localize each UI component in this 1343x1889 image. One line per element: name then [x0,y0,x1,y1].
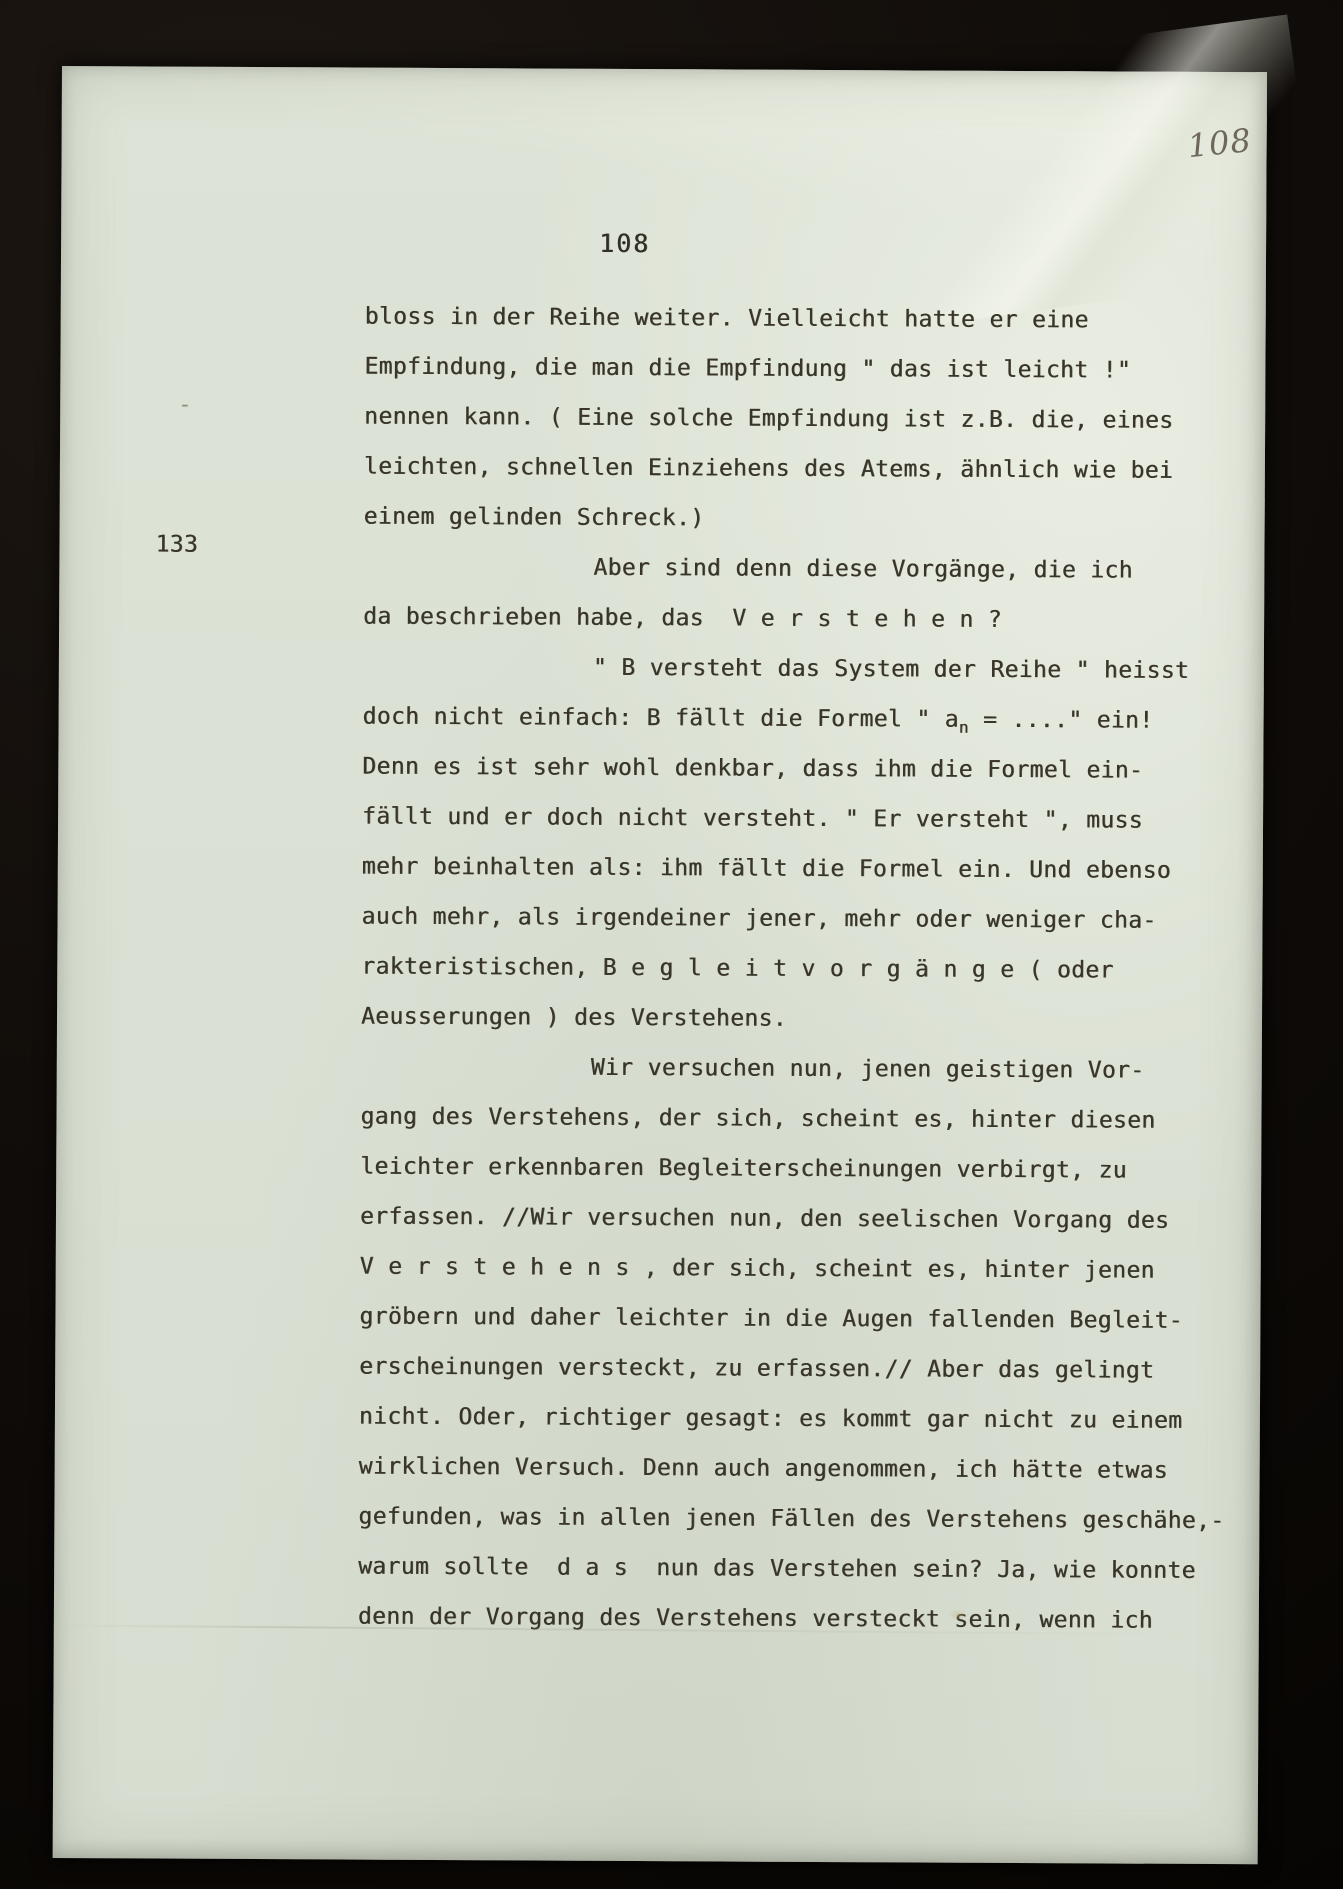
typescript-line: bloss in der Reihe weiter. Vielleicht ha… [365,292,1295,347]
typescript-line: nennen kann. ( Eine solche Empfindung is… [364,392,1294,447]
typescript-line: wirklichen Versuch. Denn auch angenommen… [359,1442,1289,1497]
formula-subscript: n [959,718,969,737]
typescript-line: einem gelinden Schreck.) [364,492,1294,547]
typescript-line: denn der Vorgang des Verstehens versteck… [358,1592,1288,1647]
typescript-line: da beschrieben habe, das V e r s t e h e… [363,592,1293,647]
typescript-page: 108 108 - 133 bloss in der Reihe weiter.… [53,66,1267,1864]
typescript-body: bloss in der Reihe weiter. Vielleicht ha… [358,292,1295,1647]
typescript-line: V e r s t e h e n s , der sich, scheint … [360,1242,1290,1297]
margin-dash-mark: - [178,393,191,418]
typescript-line: gang des Verstehens, der sich, scheint e… [360,1092,1290,1147]
typescript-line: Aeusserungen ) des Verstehens. [361,992,1291,1047]
paper-sheen [871,14,1322,328]
typescript-line: mehr beinhalten als: ihm fällt die Forme… [362,842,1292,897]
typescript-line: Denn es ist sehr wohl denkbar, dass ihm … [362,742,1292,797]
typescript-line: " B versteht das System der Reihe " heis… [363,642,1293,697]
typescript-line: doch nicht einfach: B fällt die Formel "… [362,692,1292,747]
typescript-line: gröbern und daher leichter in die Augen … [359,1292,1289,1347]
typed-page-number: 108 [599,229,650,258]
typescript-line: erscheinungen versteckt, zu erfassen.// … [359,1342,1289,1397]
typescript-line: gefunden, was in allen jenen Fällen des … [358,1492,1288,1547]
margin-number: 133 [155,531,198,557]
typescript-line: erfassen. //Wir versuchen nun, den seeli… [360,1192,1290,1247]
typescript-line: leichter erkennbaren Begleiterscheinunge… [360,1142,1290,1197]
handwritten-page-number: 108 [1186,121,1254,165]
typescript-line: Empfindung, die man die Empfindung " das… [364,342,1294,397]
formula-prefix: doch nicht einfach: B fällt die Formel "… [363,704,959,733]
typescript-line: warum sollte d a s nun das Verstehen sei… [358,1542,1288,1597]
document-scan: 108 108 - 133 bloss in der Reihe weiter.… [0,0,1343,1889]
scan-backdrop: { "page": { "typed_page_number": "108", … [0,0,1343,1889]
typescript-line: fällt und er doch nicht versteht. " Er v… [362,792,1292,847]
typescript-line: leichten, schnellen Einziehens des Atems… [364,442,1294,497]
typescript-line: nicht. Oder, richtiger gesagt: es kommt … [359,1392,1289,1447]
formula-suffix: = ...." ein! [969,707,1154,734]
typescript-line: Aber sind denn diese Vorgänge, die ich [363,542,1293,597]
typescript-line: Wir versuchen nun, jenen geistigen Vor- [361,1042,1291,1097]
typescript-line: rakteristischen, B e g l e i t v o r g ä… [361,942,1291,997]
typescript-line: auch mehr, als irgendeiner jener, mehr o… [361,892,1291,947]
